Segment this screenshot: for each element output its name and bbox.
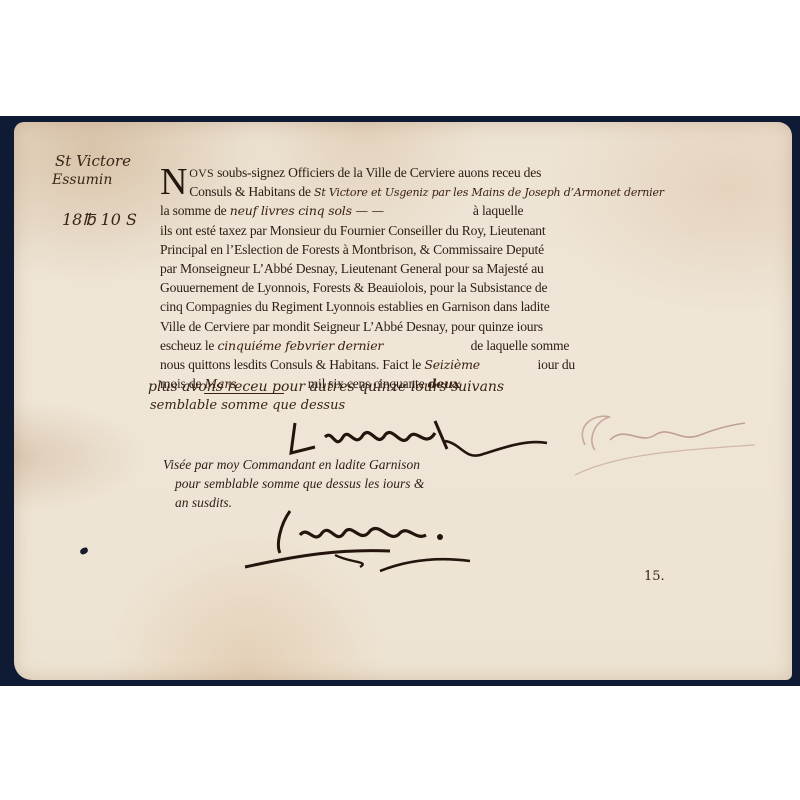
visa-endorsement: Visée par moy Commandant en ladite Garni…	[163, 455, 493, 512]
margin-note-parish-2: Essumin	[52, 172, 112, 188]
signature-laplasse-icon	[240, 505, 480, 575]
text-line-8: cinq Compagnies du Regiment Lyonnois est…	[160, 297, 665, 316]
text-line-7: Gouuernement de Lyonnois, Forests & Beau…	[160, 278, 665, 297]
visa-line-1: Visée par moy Commandant en ladite Garni…	[163, 455, 493, 474]
margin-note-parish: St Victore	[55, 152, 131, 170]
faint-signature-icon	[555, 395, 785, 485]
text-line-1: OVS soubs-signez Officiers de la Ville d…	[160, 163, 665, 182]
visa-line-2: pour semblable somme que dessus les iour…	[163, 474, 493, 493]
margin-note-line1: St Victore	[55, 152, 131, 170]
text-line-2: Consuls & Habitans de St Victore et Usge…	[160, 182, 665, 201]
signature-second: Laplasse	[240, 505, 480, 580]
handwritten-addendum-line1: plus avons receu pour autres quinze iour…	[148, 379, 504, 395]
dropcap-letter: N	[160, 164, 187, 200]
handwritten-parish-fill: St Victore et Usgeniz par les Mains de J…	[314, 183, 664, 202]
margin-note-line2: Essumin	[52, 172, 112, 188]
handwritten-amount-fill: neuf livres cinq sols — —	[230, 201, 470, 220]
text-line-5: Principal en l’Eslection de Forests à Mo…	[160, 240, 665, 259]
handwritten-addendum-line2: semblable somme que dessus	[150, 398, 345, 413]
handwritten-day-fill: Seizième	[424, 355, 534, 374]
handwritten-date-fill: cinquiéme febvrier dernier	[217, 336, 467, 355]
text-line-11: nous quittons lesdits Consuls & Habitans…	[160, 355, 665, 374]
text-line-3: la somme de neuf livres cinq sols — — à …	[160, 201, 665, 220]
folio-number: 15.	[644, 569, 665, 584]
text-line-9: Ville de Cerviere par mondit Seigneur L’…	[160, 317, 665, 336]
signature-faint: Cotton…	[555, 395, 785, 490]
printed-receipt-body: N OVS soubs-signez Officiers de la Ville…	[160, 163, 665, 393]
margin-note-amount-text: 18℔ 10 S	[62, 210, 137, 229]
text-line-6: par Monseigneur L’Abbé Desnay, Lieutenan…	[160, 259, 665, 278]
text-line-10: escheuz le cinquiéme febvrier dernier de…	[160, 336, 665, 355]
margin-note-amount: 18℔ 10 S	[62, 210, 137, 229]
text-line-4: ils ont esté taxez par Monsieur du Fourn…	[160, 221, 665, 240]
